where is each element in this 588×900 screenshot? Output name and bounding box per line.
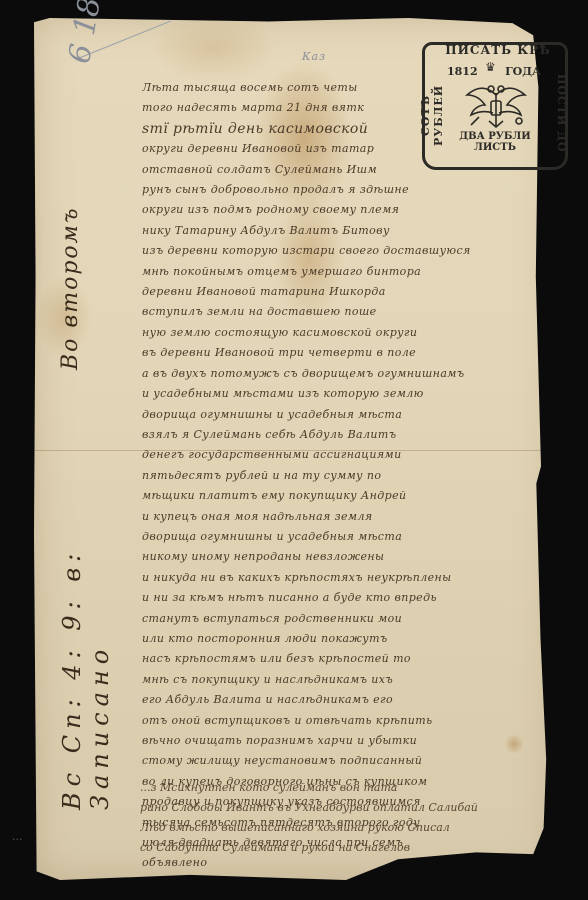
manuscript-line: мнѣ съ покупщику и наслѣдникамъ ихъ: [142, 670, 552, 690]
stamp-goda: ГОДА: [505, 65, 541, 78]
manuscript-line: дворища огумнишны и усадебныя мѣста: [142, 527, 552, 547]
manuscript-line: никому иному непроданы невзложены: [142, 547, 552, 567]
manuscript-line: ную землю состоящую касимовской округи: [142, 323, 552, 343]
signature-block: ...з Мсихнуптен кото сулейманъ вон татар…: [140, 778, 555, 858]
manuscript-line: взялъ я Сулеймань себѣ Абдуль Валитъ: [142, 425, 552, 445]
manuscript-line: и усадебными мѣстами изъ которую землю: [142, 384, 552, 404]
manuscript-line: а въ двухъ потомужъ съ дворищемъ огумниш…: [142, 364, 552, 384]
pencil-bottom-note: ...: [12, 830, 23, 843]
manuscript-line: округи изъ подмъ родному своему племя: [142, 200, 552, 220]
manuscript-line: вѣчно очищать поразнимъ харчи и убытки: [142, 731, 552, 751]
manuscript-line: денегъ государственными ассигнациями: [142, 445, 552, 465]
manuscript-line: отъ оной вступщиковъ и отвѣчать крѣпить: [142, 711, 552, 731]
pencil-archive-note: Каз: [302, 50, 326, 63]
manuscript-line: и купецъ оная моя надѣльная земля: [142, 507, 552, 527]
manuscript-line: пятьдесятъ рублей и на ту сумму по: [142, 466, 552, 486]
margin-note-lower: Вс Сп: 4: 9: в: Записано: [58, 390, 114, 810]
manuscript-line: и ни за кѣмъ нѣтъ писанно а буде кто впр…: [142, 588, 552, 608]
manuscript-line: насъ крѣпостямъ или безъ крѣпостей то: [142, 649, 552, 669]
manuscript-line: или кто посторонния люди покажутъ: [142, 629, 552, 649]
margin-note-upper: Во второмъ: [58, 110, 83, 370]
manuscript-line: дворища огумнишны и усадебныя мѣста: [142, 405, 552, 425]
signature-line: рино Слободы Ивантъ въ Ухнеабдурви оплат…: [140, 798, 555, 818]
manuscript-line: деревни Ивановой татарина Ишкорда: [142, 282, 552, 302]
manuscript-line: стому жилищу неустановимъ подписанный: [142, 751, 552, 771]
manuscript-line: Лѣта тысяща восемь сотъ четы: [142, 78, 552, 98]
crown-icon: ♛: [485, 60, 496, 74]
manuscript-line: мнѣ покойнымъ отцемъ умершаго бинтора: [142, 262, 552, 282]
signature-line: Лѣд вмѣсто вышеписаннаго хозяина рукою С…: [140, 818, 555, 838]
manuscript-line: станутъ вступаться родственники мои: [142, 609, 552, 629]
manuscript-line: отставной солдатъ Сулеймань Ишм: [142, 160, 552, 180]
manuscript-line: вступилъ земли на доставшею поше: [142, 302, 552, 322]
manuscript-line: нику Татарину Абдулъ Валитъ Битову: [142, 221, 552, 241]
manuscript-line: его Абдуль Валита и наслѣдникамъ его: [142, 690, 552, 710]
manuscript-body: Лѣта тысяща восемь сотъ четытого надесят…: [142, 78, 552, 874]
stamp-year: 1812: [447, 65, 478, 78]
stamp-top-text: ПИСАТЬ КРѢ: [439, 43, 557, 57]
manuscript-line: мѣщики платитъ ему покупщику Андрей: [142, 486, 552, 506]
signature-line: со Сабдутта Сулеймана и рукой на Снагело…: [140, 838, 555, 858]
manuscript-line: ѕтї рѣтїи день касимовской: [142, 119, 552, 139]
manuscript-line: того надесять марта 21 дня вятк: [142, 98, 552, 118]
manuscript-line: въ деревни Ивановой три четверти в поле: [142, 343, 552, 363]
manuscript-line: и никуда ни въ какихъ крѣпостяхъ неукрѣп…: [142, 568, 552, 588]
manuscript-line: округи деревни Ивановой изъ татар: [142, 139, 552, 159]
manuscript-line: рунъ сынъ добровольно продалъ я здѣшне: [142, 180, 552, 200]
manuscript-line: изъ деревни которую изстари своего доста…: [142, 241, 552, 261]
signature-line: ...з Мсихнуптен кото сулейманъ вон тата: [140, 778, 555, 798]
